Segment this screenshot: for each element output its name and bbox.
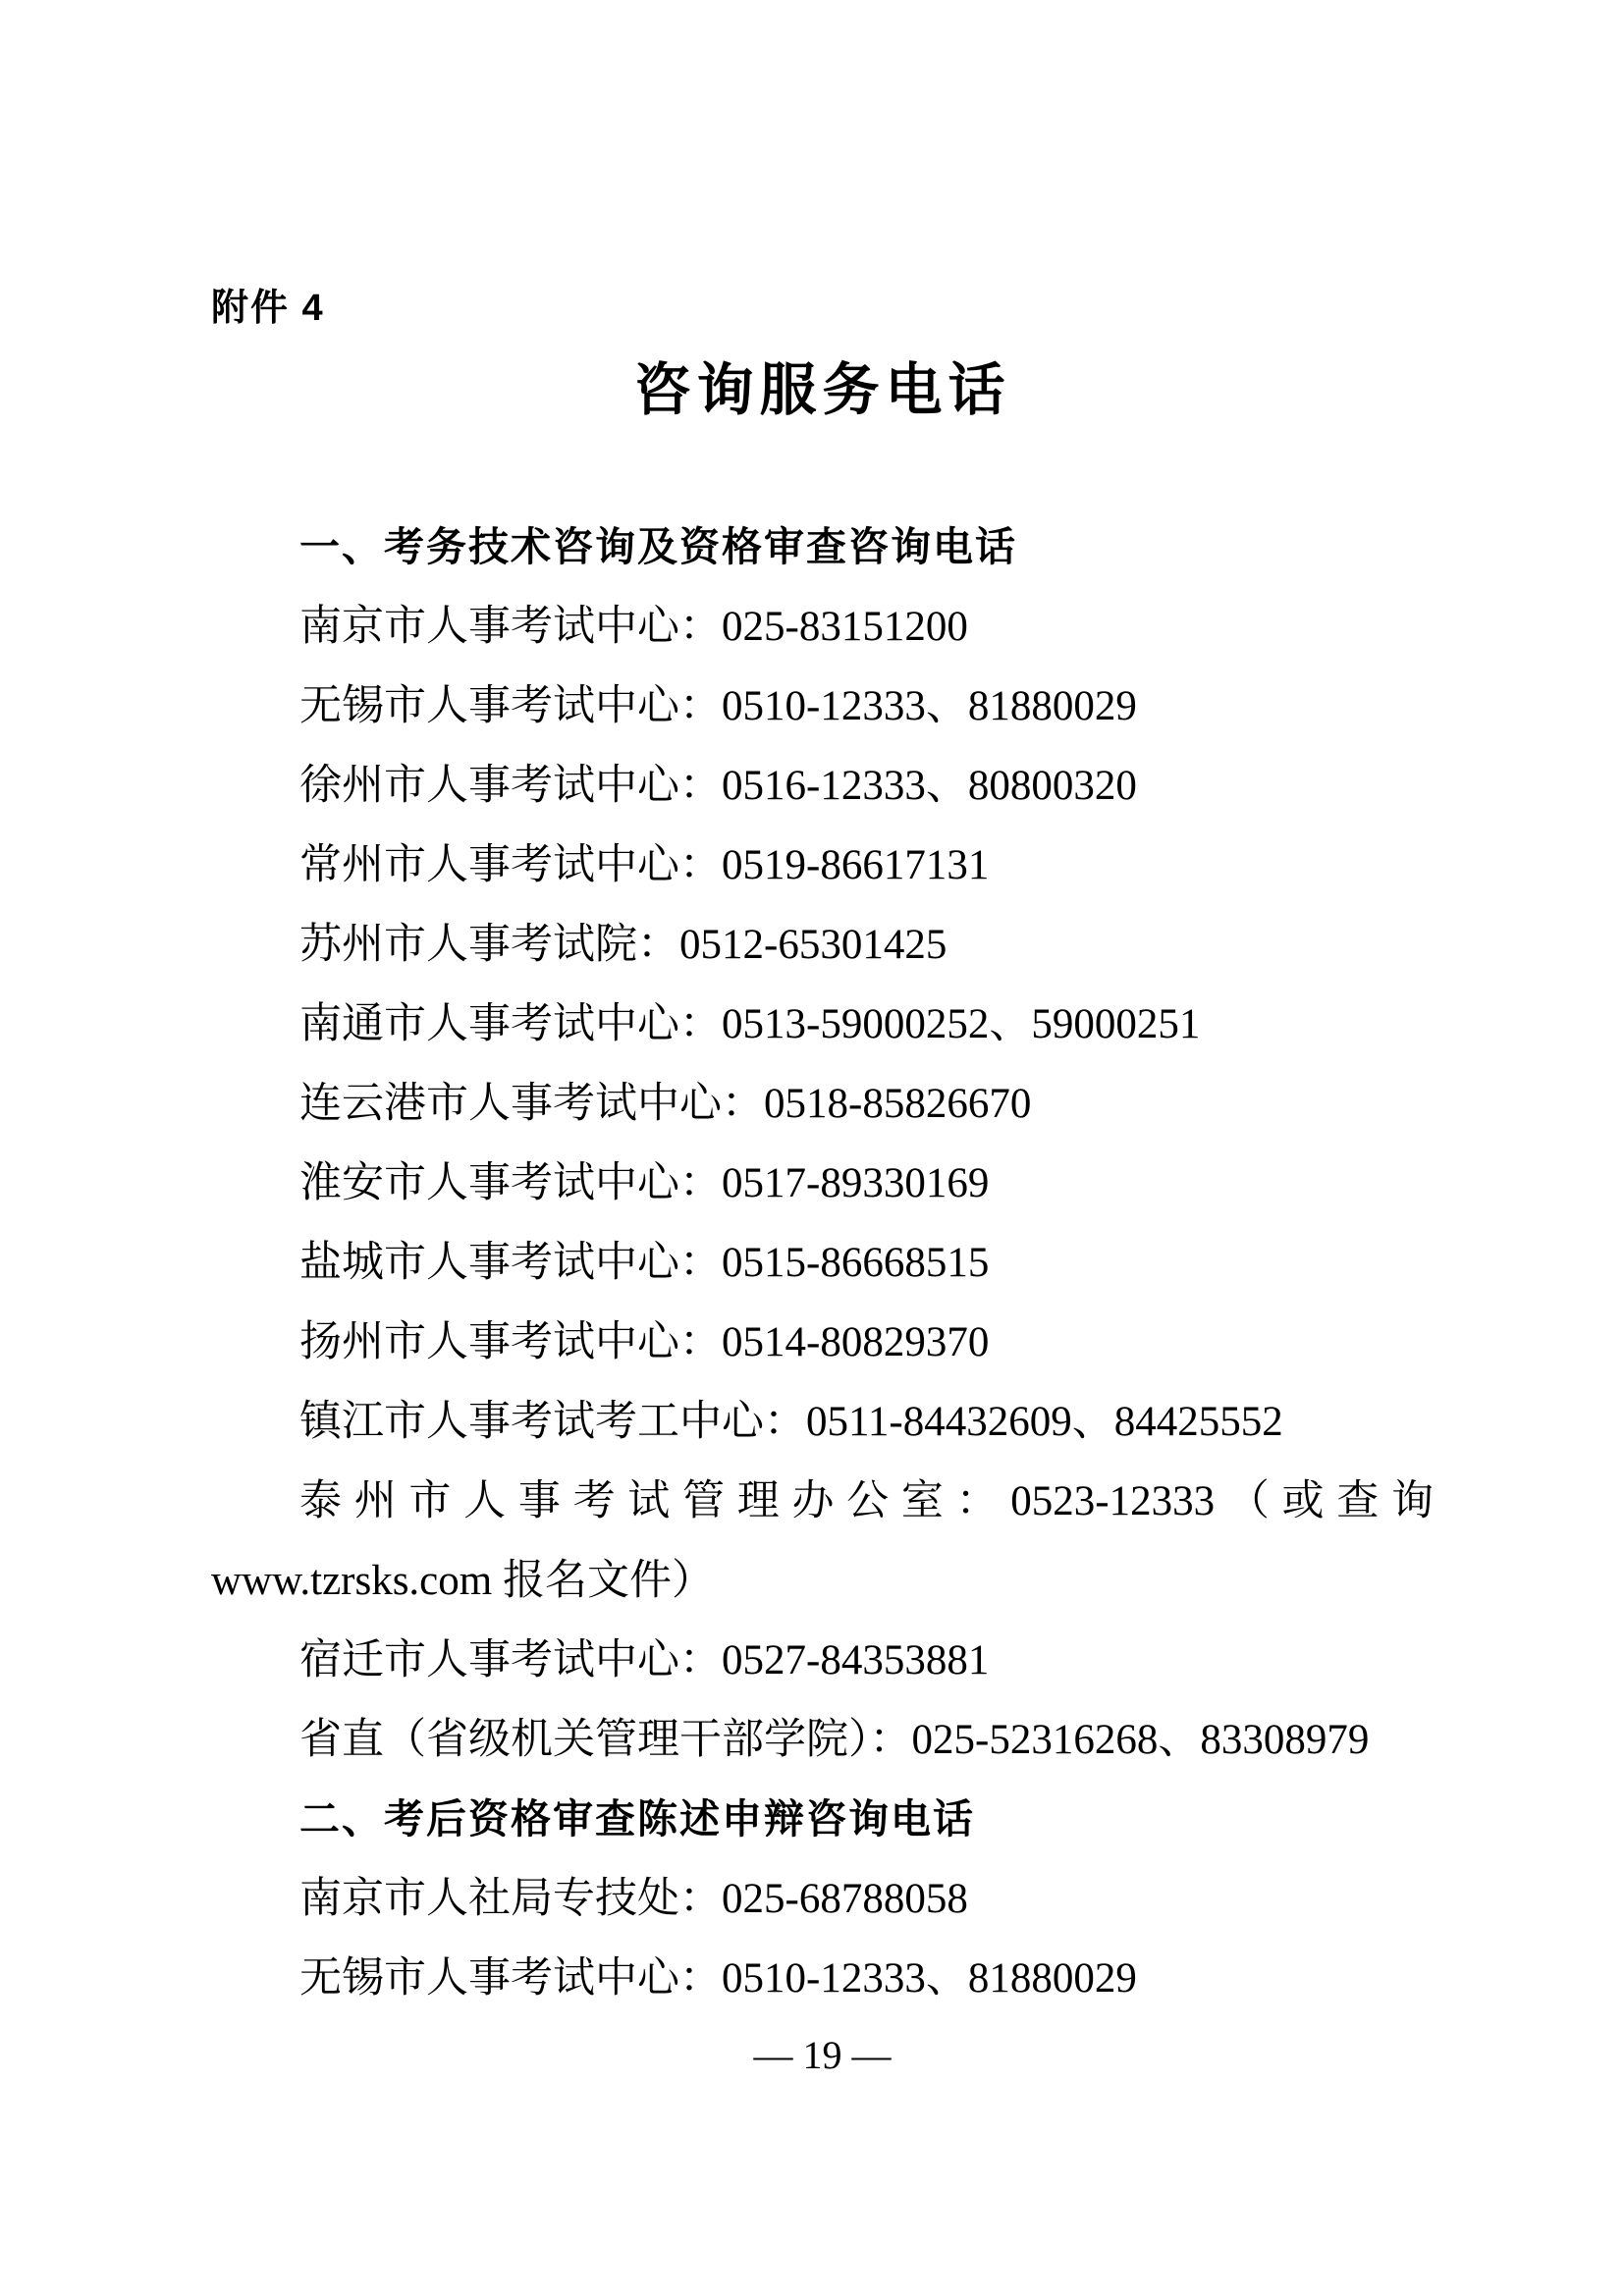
phone-entry: 南京市人事考试中心：025-83151200 — [211, 587, 1434, 667]
phone-entry: 南通市人事考试中心：0513-59000252、59000251 — [211, 985, 1434, 1064]
phone-entry: 常州市人事考试中心：0519-86617131 — [211, 826, 1434, 905]
phone-entry: 淮安市人事考试中心：0517-89330169 — [211, 1144, 1434, 1223]
phone-entry: 无锡市人事考试中心：0510-12333、81880029 — [211, 1939, 1434, 2018]
phone-entry: 泰州市人事考试管理办公室：0523-12333（或查询 www.tzrsks.c… — [211, 1462, 1434, 1621]
phone-entry: 盐城市人事考试中心：0515-86668515 — [211, 1223, 1434, 1303]
page-title: 咨询服务电话 — [211, 359, 1434, 422]
phone-entry: 连云港市人事考试中心：0518-85826670 — [211, 1064, 1434, 1144]
sections-container: 一、考务技术咨询及资格审查咨询电话南京市人事考试中心：025-83151200无… — [211, 507, 1434, 2018]
phone-entry: 苏州市人事考试院：0512-65301425 — [211, 905, 1434, 985]
phone-entry: 省直（省级机关管理干部学院）：025-52316268、83308979 — [211, 1700, 1434, 1780]
phone-entry: 无锡市人事考试中心：0510-12333、81880029 — [211, 667, 1434, 746]
attachment-label: 附件 4 — [211, 287, 1434, 330]
document-page: 附件 4 咨询服务电话 一、考务技术咨询及资格审查咨询电话南京市人事考试中心：0… — [211, 0, 1434, 2296]
phone-entry: 镇江市人事考试考工中心：0511-84432609、84425552 — [211, 1382, 1434, 1462]
section-heading: 一、考务技术咨询及资格审查咨询电话 — [211, 507, 1434, 587]
page-number: — 19 — — [754, 2033, 892, 2077]
section-heading: 二、考后资格审查陈述申辩咨询电话 — [211, 1780, 1434, 1859]
phone-entry: 宿迁市人事考试中心：0527-84353881 — [211, 1621, 1434, 1700]
phone-entry: 南京市人社局专技处：025-68788058 — [211, 1859, 1434, 1939]
phone-entry: 扬州市人事考试中心：0514-80829370 — [211, 1303, 1434, 1382]
phone-entry: 徐州市人事考试中心：0516-12333、80800320 — [211, 746, 1434, 826]
page-footer: — 19 — — [211, 2032, 1434, 2079]
